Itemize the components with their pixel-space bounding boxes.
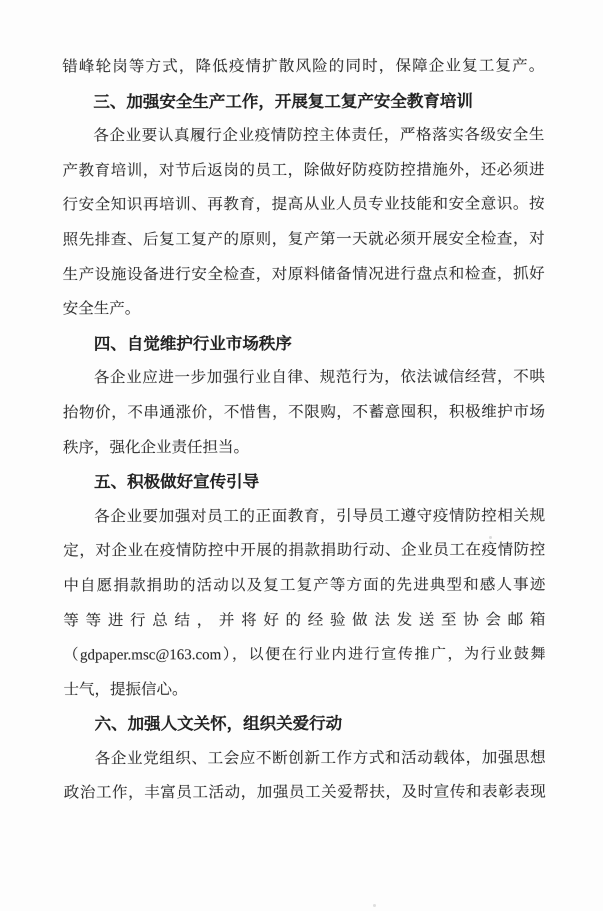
text-line: 照先排查、后复工复产的原则，复产第一天就必须开展安全检查，对 xyxy=(63,222,545,258)
section-heading: 三、加强安全生产工作，开展复工复产安全教育培训 xyxy=(62,84,544,120)
text-line: 各企业要认真履行企业疫情防控主体责任，严格落实各级安全生 xyxy=(62,119,544,155)
text-line: 等等进行总结，并将好的经验做法发送至协会邮箱 xyxy=(63,603,545,639)
text-line: 安全生产。 xyxy=(63,292,545,328)
text-line: 各企业党组织、工会应不断创新工作方式和活动载体，加强思想 xyxy=(64,741,546,777)
scan-speck xyxy=(373,904,376,907)
page-text: 错峰轮岗等方式，降低疫情扩散风险的同时，保障企业复工复产。三、加强安全生产工作，… xyxy=(62,49,546,811)
text-line: 产教育培训，对节后返岗的员工，除做好防疫防控措施外，还必须进 xyxy=(62,153,544,189)
section-heading: 四、自觉维护行业市场秩序 xyxy=(63,326,545,362)
text-line: 政治工作，丰富员工活动，加强员工关爱帮扶，及时宣传和表彰表现 xyxy=(64,776,546,812)
text-line: 行安全知识再培训、再教育，提高从业人员专业技能和安全意识。按 xyxy=(62,188,544,224)
text-line: 生产设施设备进行安全检查，对原料储备情况进行盘点和检查，抓好 xyxy=(63,257,545,293)
section-heading: 六、加强人文关怀，组织关爱行动 xyxy=(64,707,546,743)
text-line: 中自愿捐款捐助的活动以及复工复产等方面的先进典型和感人事迹 xyxy=(63,568,545,604)
section-heading: 五、积极做好宣传引导 xyxy=(63,465,545,501)
text-line: 各企业要加强对员工的正面教育，引导员工遵守疫情防控相关规 xyxy=(63,499,545,535)
document-page: 错峰轮岗等方式，降低疫情扩散风险的同时，保障企业复工复产。三、加强安全生产工作，… xyxy=(0,0,603,911)
text-line: 士气，提振信心。 xyxy=(64,672,546,708)
text-line: 各企业应进一步加强行业自律、规范行为，依法诚信经营，不哄 xyxy=(63,361,545,397)
text-line: 抬物价，不串通涨价，不惜售，不限购，不蓄意囤积，积极维护市场 xyxy=(63,395,545,431)
text-line: 定，对企业在疫情防控中开展的捐款捐助行动、企业员工在疫情防控 xyxy=(63,534,545,570)
text-line: （gdpaper.msc@163.com），以便在行业内进行宣传推广，为行业鼓舞 xyxy=(63,638,545,674)
scan-speck xyxy=(489,536,492,539)
text-line: 秩序，强化企业责任担当。 xyxy=(63,430,545,466)
text-line: 错峰轮岗等方式，降低疫情扩散风险的同时，保障企业复工复产。 xyxy=(62,49,544,85)
